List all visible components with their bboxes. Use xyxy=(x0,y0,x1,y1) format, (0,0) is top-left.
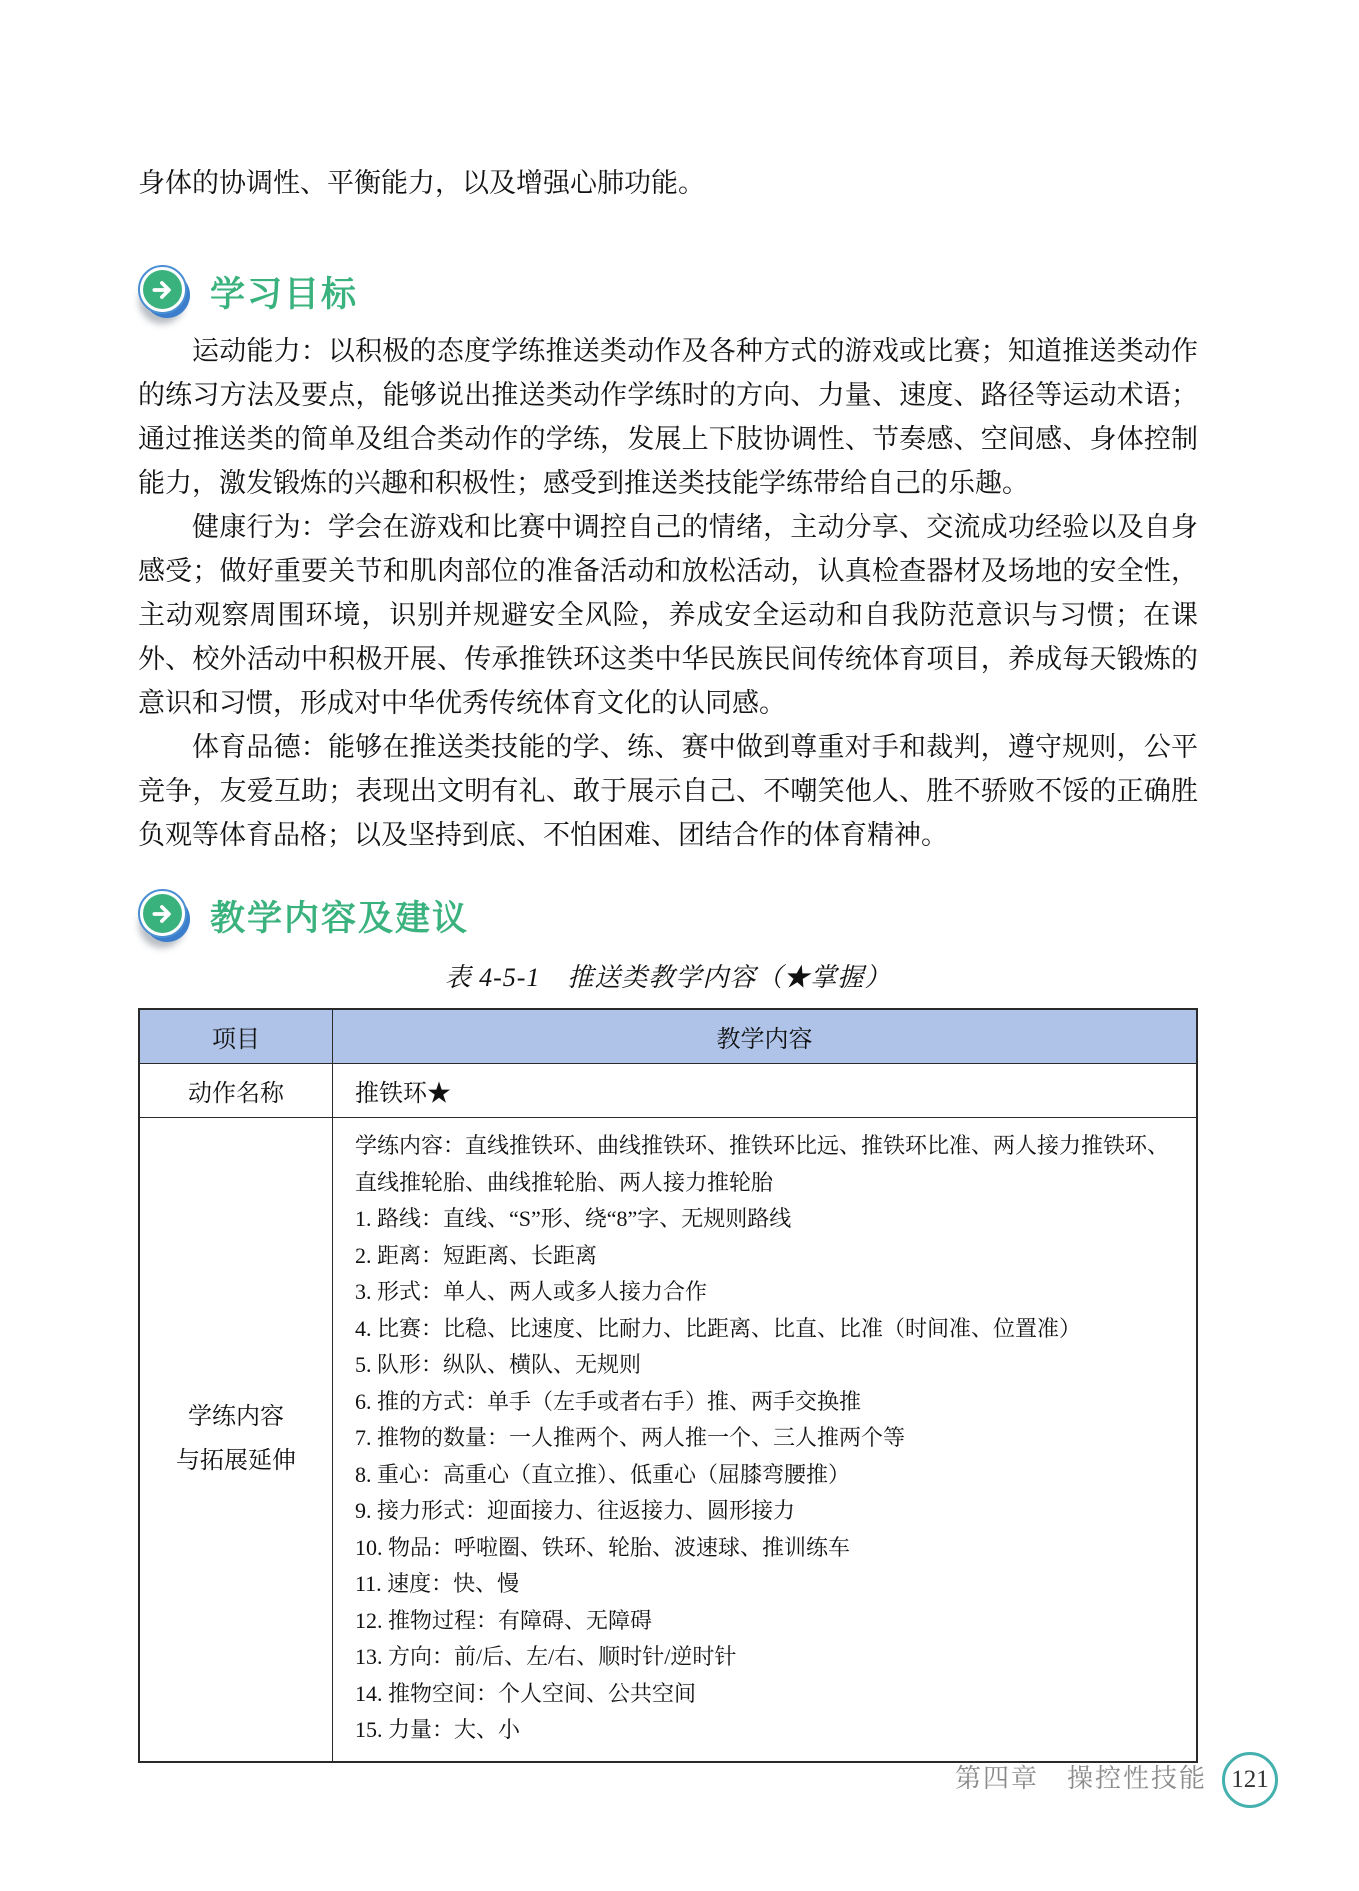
practice-line: 6. 推的方式：单手（左手或者右手）推、两手交换推 xyxy=(355,1384,1188,1421)
teaching-content-table: 项目 教学内容 动作名称 推铁环★ 学练内容 与拓展延伸 学练内容：直线推铁环、… xyxy=(138,1008,1198,1763)
practice-line: 4. 比赛：比稳、比速度、比耐力、比距离、比直、比准（时间准、位置准） xyxy=(355,1311,1188,1348)
table-caption: 表 4-5-1 推送类教学内容（★掌握） xyxy=(138,957,1198,994)
content-column: 身体的协调性、平衡能力，以及增强心肺功能。 学习目标 运动能力：以积极的态度学练… xyxy=(138,0,1198,1763)
table-header-row: 项目 教学内容 xyxy=(139,1009,1197,1064)
practice-line: 15. 力量：大、小 xyxy=(355,1712,1188,1749)
arrow-right-circle-icon xyxy=(138,265,192,319)
section-title-learning-goals: 学习目标 xyxy=(210,267,358,317)
table-header-project: 项目 xyxy=(139,1009,333,1064)
footer-chapter-title: 第四章 操控性技能 xyxy=(955,1758,1207,1795)
row-value-practice-content: 学练内容：直线推铁环、曲线推铁环、推铁环比远、推铁环比准、两人接力推铁环、直线推… xyxy=(333,1118,1198,1762)
section-header-teaching-content: 教学内容及建议 xyxy=(138,887,1198,945)
practice-line: 10. 物品：呼啦圈、铁环、轮胎、波速球、推训练车 xyxy=(355,1530,1188,1567)
label-line-2: 与拓展延伸 xyxy=(141,1439,331,1483)
table-row-action-name: 动作名称 推铁环★ xyxy=(139,1064,1197,1118)
practice-line: 14. 推物空间：个人空间、公共空间 xyxy=(355,1676,1188,1713)
table-header-content: 教学内容 xyxy=(333,1009,1198,1064)
page-number: 121 xyxy=(1231,1766,1269,1794)
practice-line: 11. 速度：快、慢 xyxy=(355,1566,1188,1603)
icon-green-circle xyxy=(143,894,182,933)
label-line-1: 学练内容 xyxy=(141,1395,331,1439)
paragraph-sport-morality: 体育品德：能够在推送类技能的学、练、赛中做到尊重对手和裁判，遵守规则，公平竞争，… xyxy=(138,725,1198,857)
practice-line: 7. 推物的数量：一人推两个、两人推一个、三人推两个等 xyxy=(355,1420,1188,1457)
paragraph-sport-ability: 运动能力：以积极的态度学练推送类动作及各种方式的游戏或比赛；知道推送类动作的练习… xyxy=(138,329,1198,505)
icon-green-circle xyxy=(143,270,182,309)
paragraph-health-behavior: 健康行为：学会在游戏和比赛中调控自己的情绪，主动分享、交流成功经验以及自身感受；… xyxy=(138,505,1198,725)
arrow-right-circle-icon xyxy=(138,889,192,943)
practice-line: 12. 推物过程：有障碍、无障碍 xyxy=(355,1603,1188,1640)
practice-line: 9. 接力形式：迎面接力、往返接力、圆形接力 xyxy=(355,1493,1188,1530)
practice-line: 1. 路线：直线、“S”形、绕“8”字、无规则路线 xyxy=(355,1201,1188,1238)
section-title-teaching-content: 教学内容及建议 xyxy=(210,891,469,941)
practice-line: 3. 形式：单人、两人或多人接力合作 xyxy=(355,1274,1188,1311)
table-row-practice-content: 学练内容 与拓展延伸 学练内容：直线推铁环、曲线推铁环、推铁环比远、推铁环比准、… xyxy=(139,1118,1197,1762)
intro-paragraph: 身体的协调性、平衡能力，以及增强心肺功能。 xyxy=(138,0,1198,201)
practice-line: 13. 方向：前/后、左/右、顺时针/逆时针 xyxy=(355,1639,1188,1676)
document-page: 身体的协调性、平衡能力，以及增强心肺功能。 学习目标 运动能力：以积极的态度学练… xyxy=(0,0,1359,1891)
row-label-action-name: 动作名称 xyxy=(139,1064,333,1118)
learning-goals-paragraphs: 运动能力：以积极的态度学练推送类动作及各种方式的游戏或比赛；知道推送类动作的练习… xyxy=(138,329,1198,857)
right-arrow-glyph xyxy=(150,901,176,927)
section-header-learning-goals: 学习目标 xyxy=(138,263,1198,321)
practice-line: 5. 队形：纵队、横队、无规则 xyxy=(355,1347,1188,1384)
practice-line: 8. 重心：高重心（直立推）、低重心（屈膝弯腰推） xyxy=(355,1457,1188,1494)
row-label-practice-content: 学练内容 与拓展延伸 xyxy=(139,1118,333,1762)
right-arrow-glyph xyxy=(150,277,176,303)
page-number-badge: 121 xyxy=(1222,1752,1278,1808)
practice-line: 学练内容：直线推铁环、曲线推铁环、推铁环比远、推铁环比准、两人接力推铁环、直线推… xyxy=(355,1128,1188,1201)
practice-line: 2. 距离：短距离、长距离 xyxy=(355,1238,1188,1275)
row-value-action-name: 推铁环★ xyxy=(333,1064,1198,1118)
